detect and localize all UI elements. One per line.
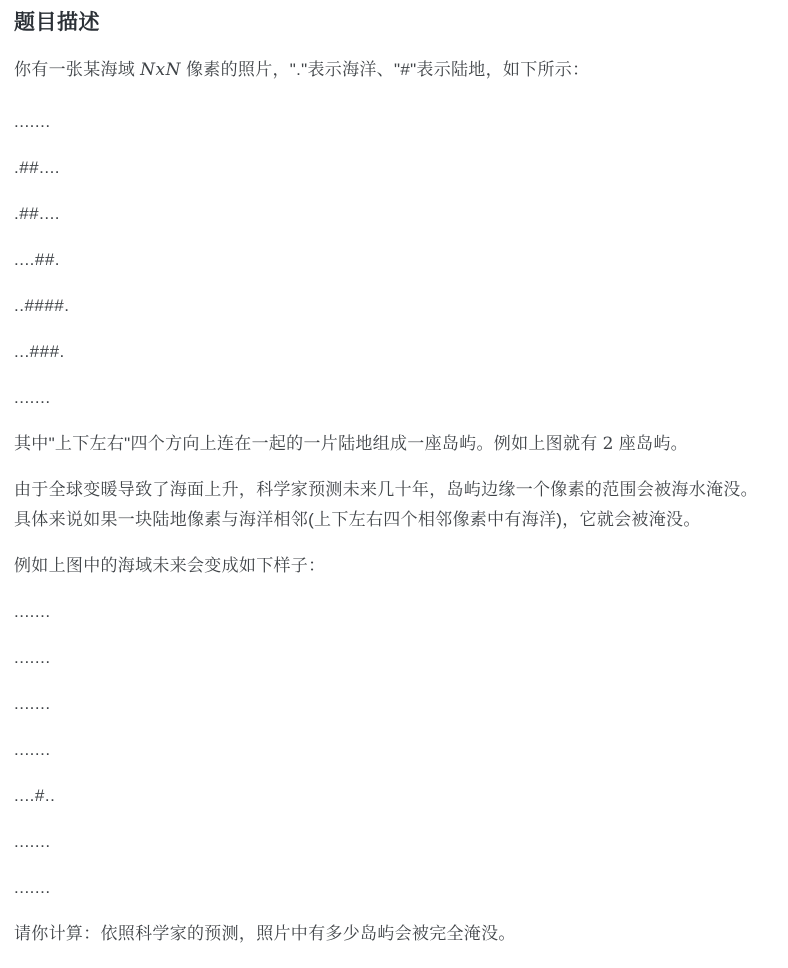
intro-paragraph: 你有一张某海域 NxN 像素的照片，"."表示海洋、"#"表示陆地，如下所示： — [14, 55, 774, 85]
grid-row: ....... — [14, 383, 774, 413]
intro-text-after: 像素的照片，"."表示海洋、"#"表示陆地，如下所示： — [181, 60, 589, 79]
grid-row: ....... — [14, 107, 774, 137]
islands-text-after: 座岛屿。 — [614, 434, 688, 453]
islands-text-before: 其中"上下左右"四个方向上连在一起的一片陆地组成一座岛屿。例如上图就有 — [14, 434, 603, 453]
grid-row: ...###. — [14, 337, 774, 367]
grid-row: ....#.. — [14, 781, 774, 811]
islands-paragraph: 其中"上下左右"四个方向上连在一起的一片陆地组成一座岛屿。例如上图就有 2 座岛… — [14, 429, 774, 459]
grid-row: ....... — [14, 597, 774, 627]
grid-row: ....##. — [14, 245, 774, 275]
islands-count: 2 — [603, 434, 614, 454]
flood-paragraph: 由于全球变暖导致了海面上升，科学家预测未来几十年，岛屿边缘一个像素的范围会被海水… — [14, 475, 774, 535]
problem-description: 题目描述 你有一张某海域 NxN 像素的照片，"."表示海洋、"#"表示陆地，如… — [0, 0, 788, 949]
section-title: 题目描述 — [14, 12, 774, 34]
grid-row: .##.... — [14, 199, 774, 229]
after-intro-paragraph: 例如上图中的海域未来会变成如下样子： — [14, 551, 774, 581]
grid-row: ..####. — [14, 291, 774, 321]
intro-text-before: 你有一张某海域 — [14, 60, 140, 79]
grid-row: ....... — [14, 643, 774, 673]
question-paragraph: 请你计算：依照科学家的预测，照片中有多少岛屿会被完全淹没。 — [14, 919, 774, 949]
grid-row: ....... — [14, 827, 774, 857]
math-nxn: NxN — [140, 60, 181, 80]
grid-row: ....... — [14, 735, 774, 765]
grid-row: ....... — [14, 689, 774, 719]
grid-row: .##.... — [14, 153, 774, 183]
grid-row: ....... — [14, 873, 774, 903]
